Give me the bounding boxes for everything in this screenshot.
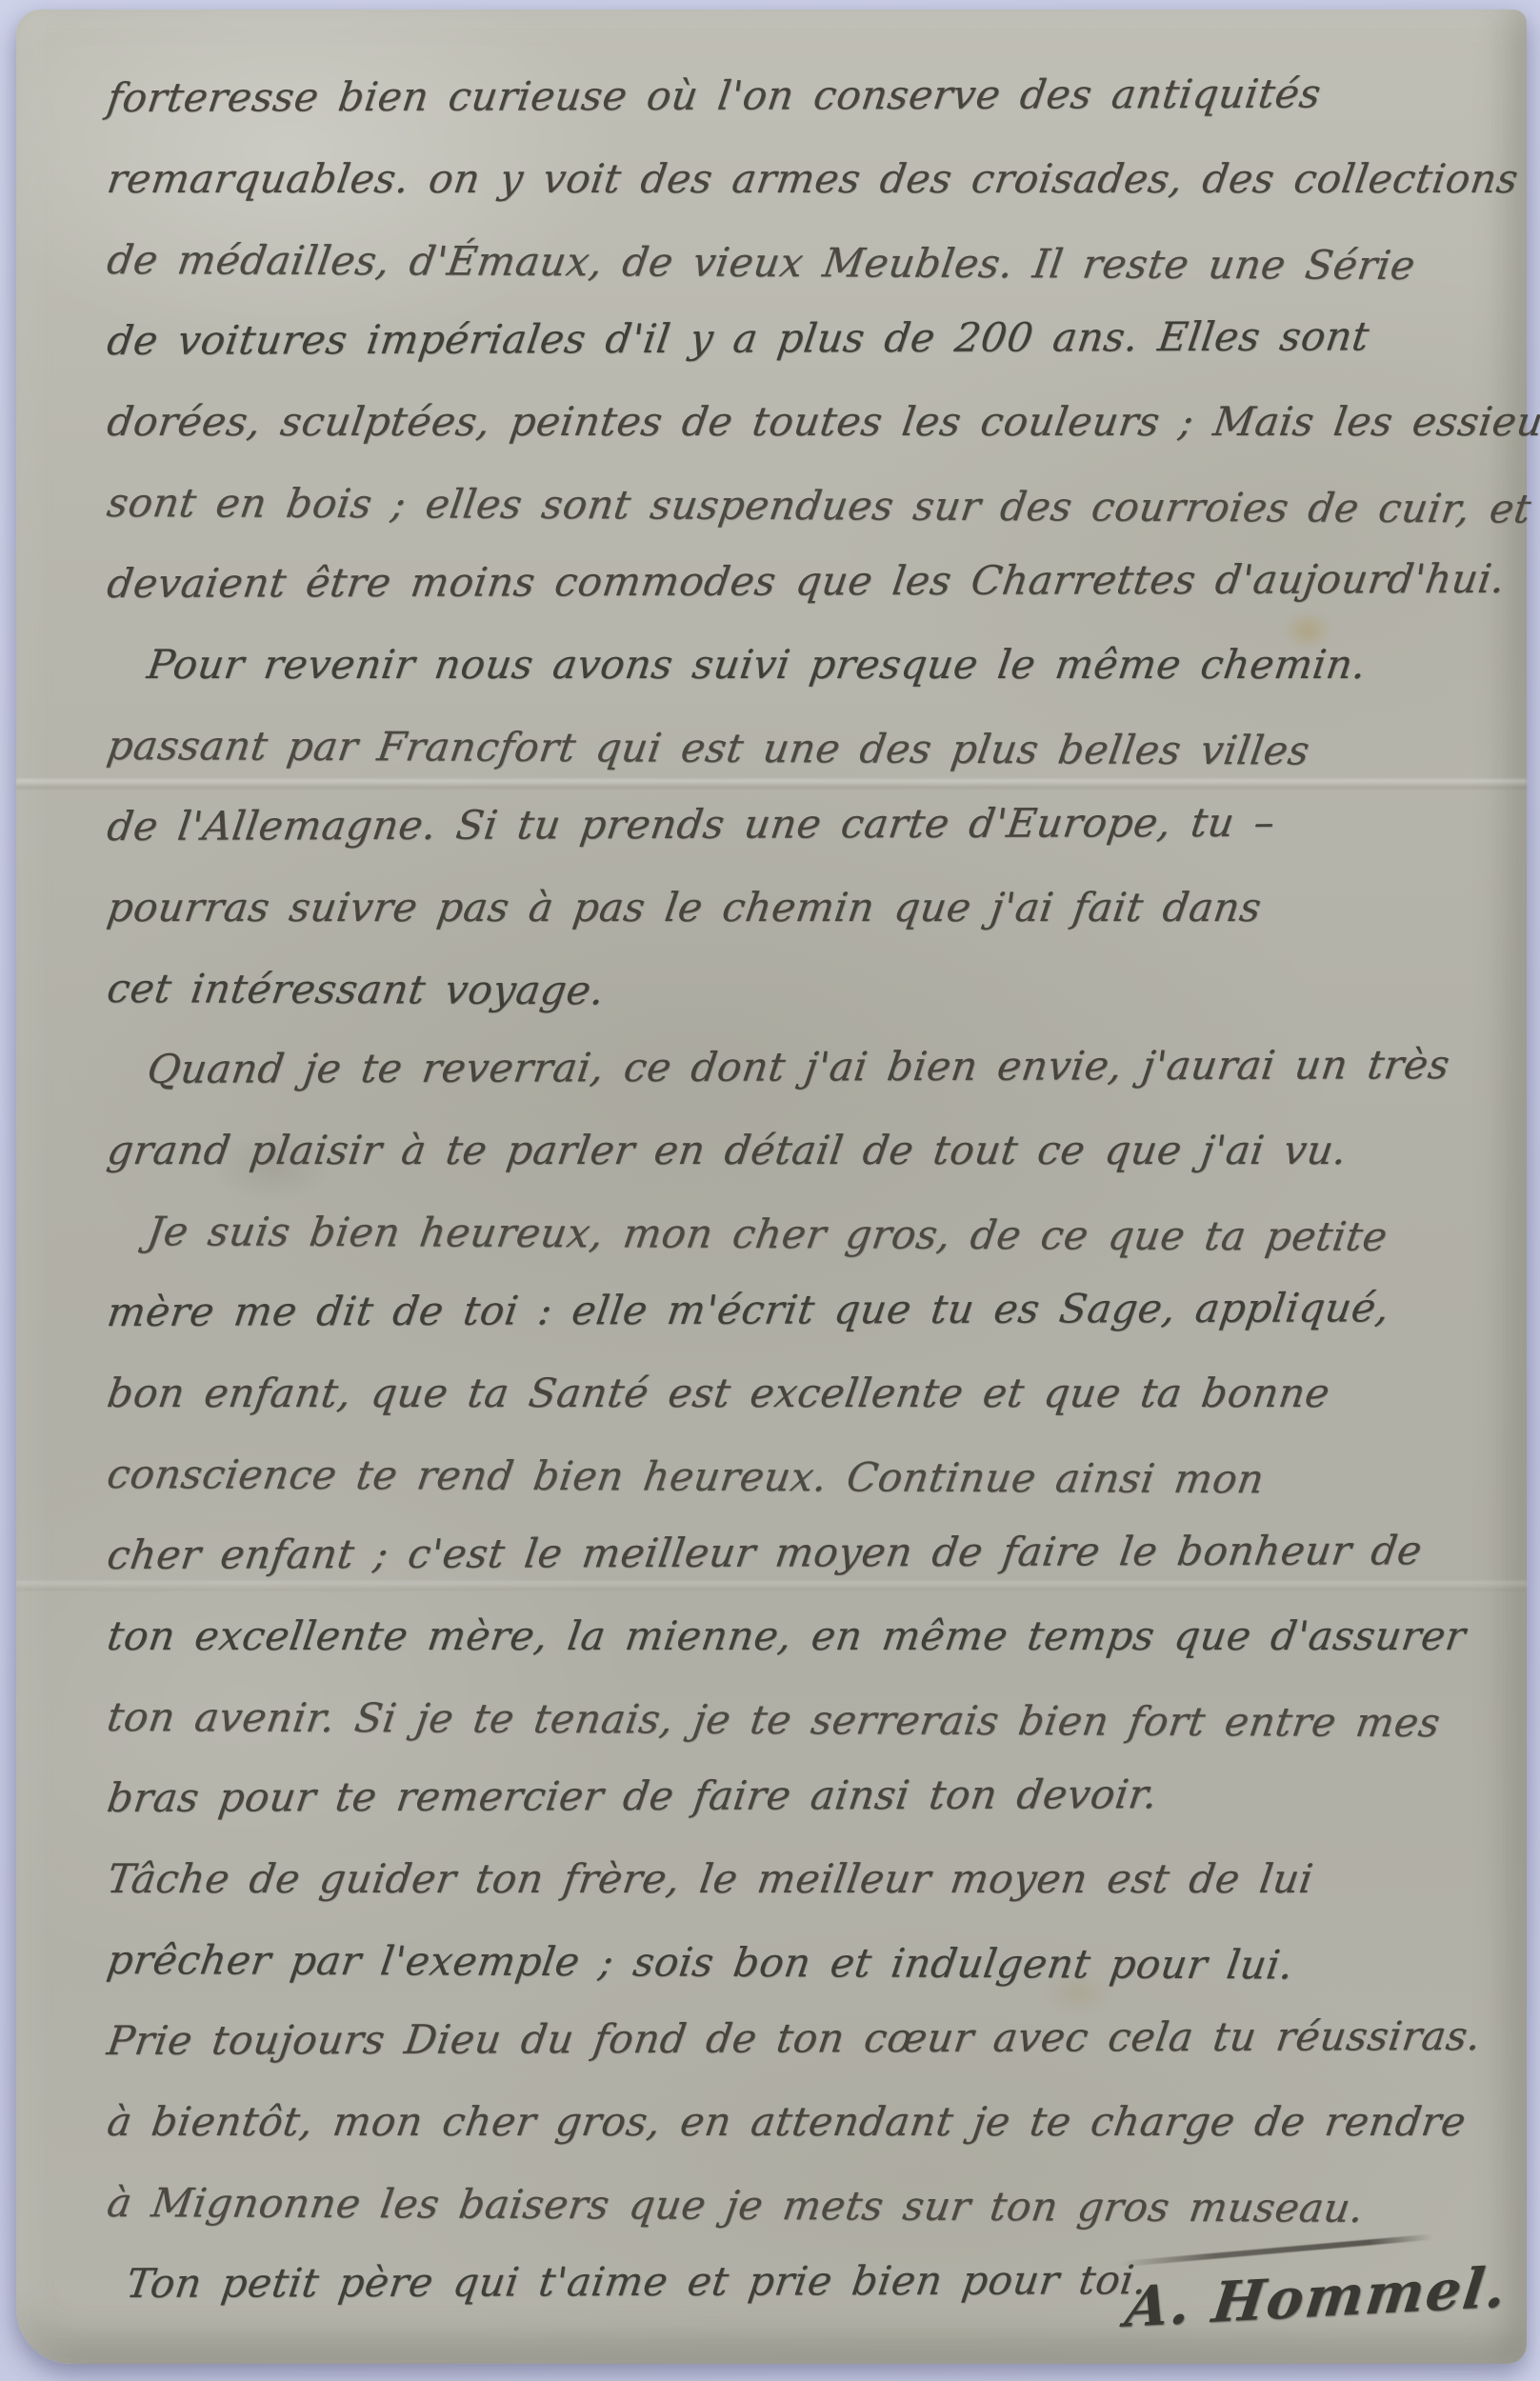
letter-line: prêcher par l'exemple ; sois bon et indu… [102,1919,1503,2006]
letter-line: Tâche de guider ton frère, le meilleur m… [102,1838,1504,1919]
letter-line: forteresse bien curieuse où l'on conserv… [102,52,1504,138]
letter-line: de voitures impériales d'il y a plus de … [102,295,1504,381]
letter-line: devaient être moins commodes que les Cha… [102,538,1504,624]
letter-line: cet intéressant voyage. [102,948,1503,1034]
letter-line: Prie toujours Dieu du fond de ton cœur a… [102,1995,1504,2081]
letter-line: ton avenir. Si je te tenais, je te serre… [102,1676,1503,1763]
letter-line: remarquables. on y voit des armes des cr… [102,138,1504,219]
letter-line: dorées, sculptées, peintes de toutes les… [102,381,1504,462]
letter-line: conscience te rend bien heureux. Continu… [102,1433,1503,1520]
letter-line: de l'Allemagne. Si tu prends une carte d… [102,781,1504,867]
letter-body: forteresse bien curieuse où l'on conserv… [108,57,1498,2324]
letter-line: à Mignonne les baisers que je mets sur t… [102,2162,1503,2249]
letter-line: bras pour te remercier de faire ainsi to… [102,1752,1504,1838]
letter-line: Je suis bien heureux, mon cher gros, de … [102,1190,1503,1277]
letter-line: ton excellente mère, la mienne, en même … [102,1595,1504,1676]
letter-line: de médailles, d'Émaux, de vieux Meubles.… [102,219,1503,306]
letter-paper: forteresse bien curieuse où l'on conserv… [16,10,1527,2364]
letter-line: pourras suivre pas à pas le chemin que j… [102,867,1504,948]
letter-line: bon enfant, que ta Santé est excellente … [102,1352,1504,1433]
letter-line: cher enfant ; c'est le meilleur moyen de… [102,1510,1504,1595]
letter-line: passant par Francfort qui est une des pl… [102,705,1503,791]
letter-line: Pour revenir nous avons suivi presque le… [102,624,1504,705]
letter-line: mère me dit de toi : elle m'écrit que tu… [102,1267,1504,1352]
letter-line: sont en bois ; elles sont suspendues sur… [102,462,1503,549]
scanned-letter-photo: { "letter": { "lines": [ "forteresse bie… [0,0,1540,2381]
letter-line: Quand je te reverrai, ce dont j'ai bien … [102,1024,1504,1110]
letter-line: grand plaisir à te parler en détail de t… [102,1110,1504,1190]
letter-line: à bientôt, mon cher gros, en attendant j… [102,2081,1504,2162]
